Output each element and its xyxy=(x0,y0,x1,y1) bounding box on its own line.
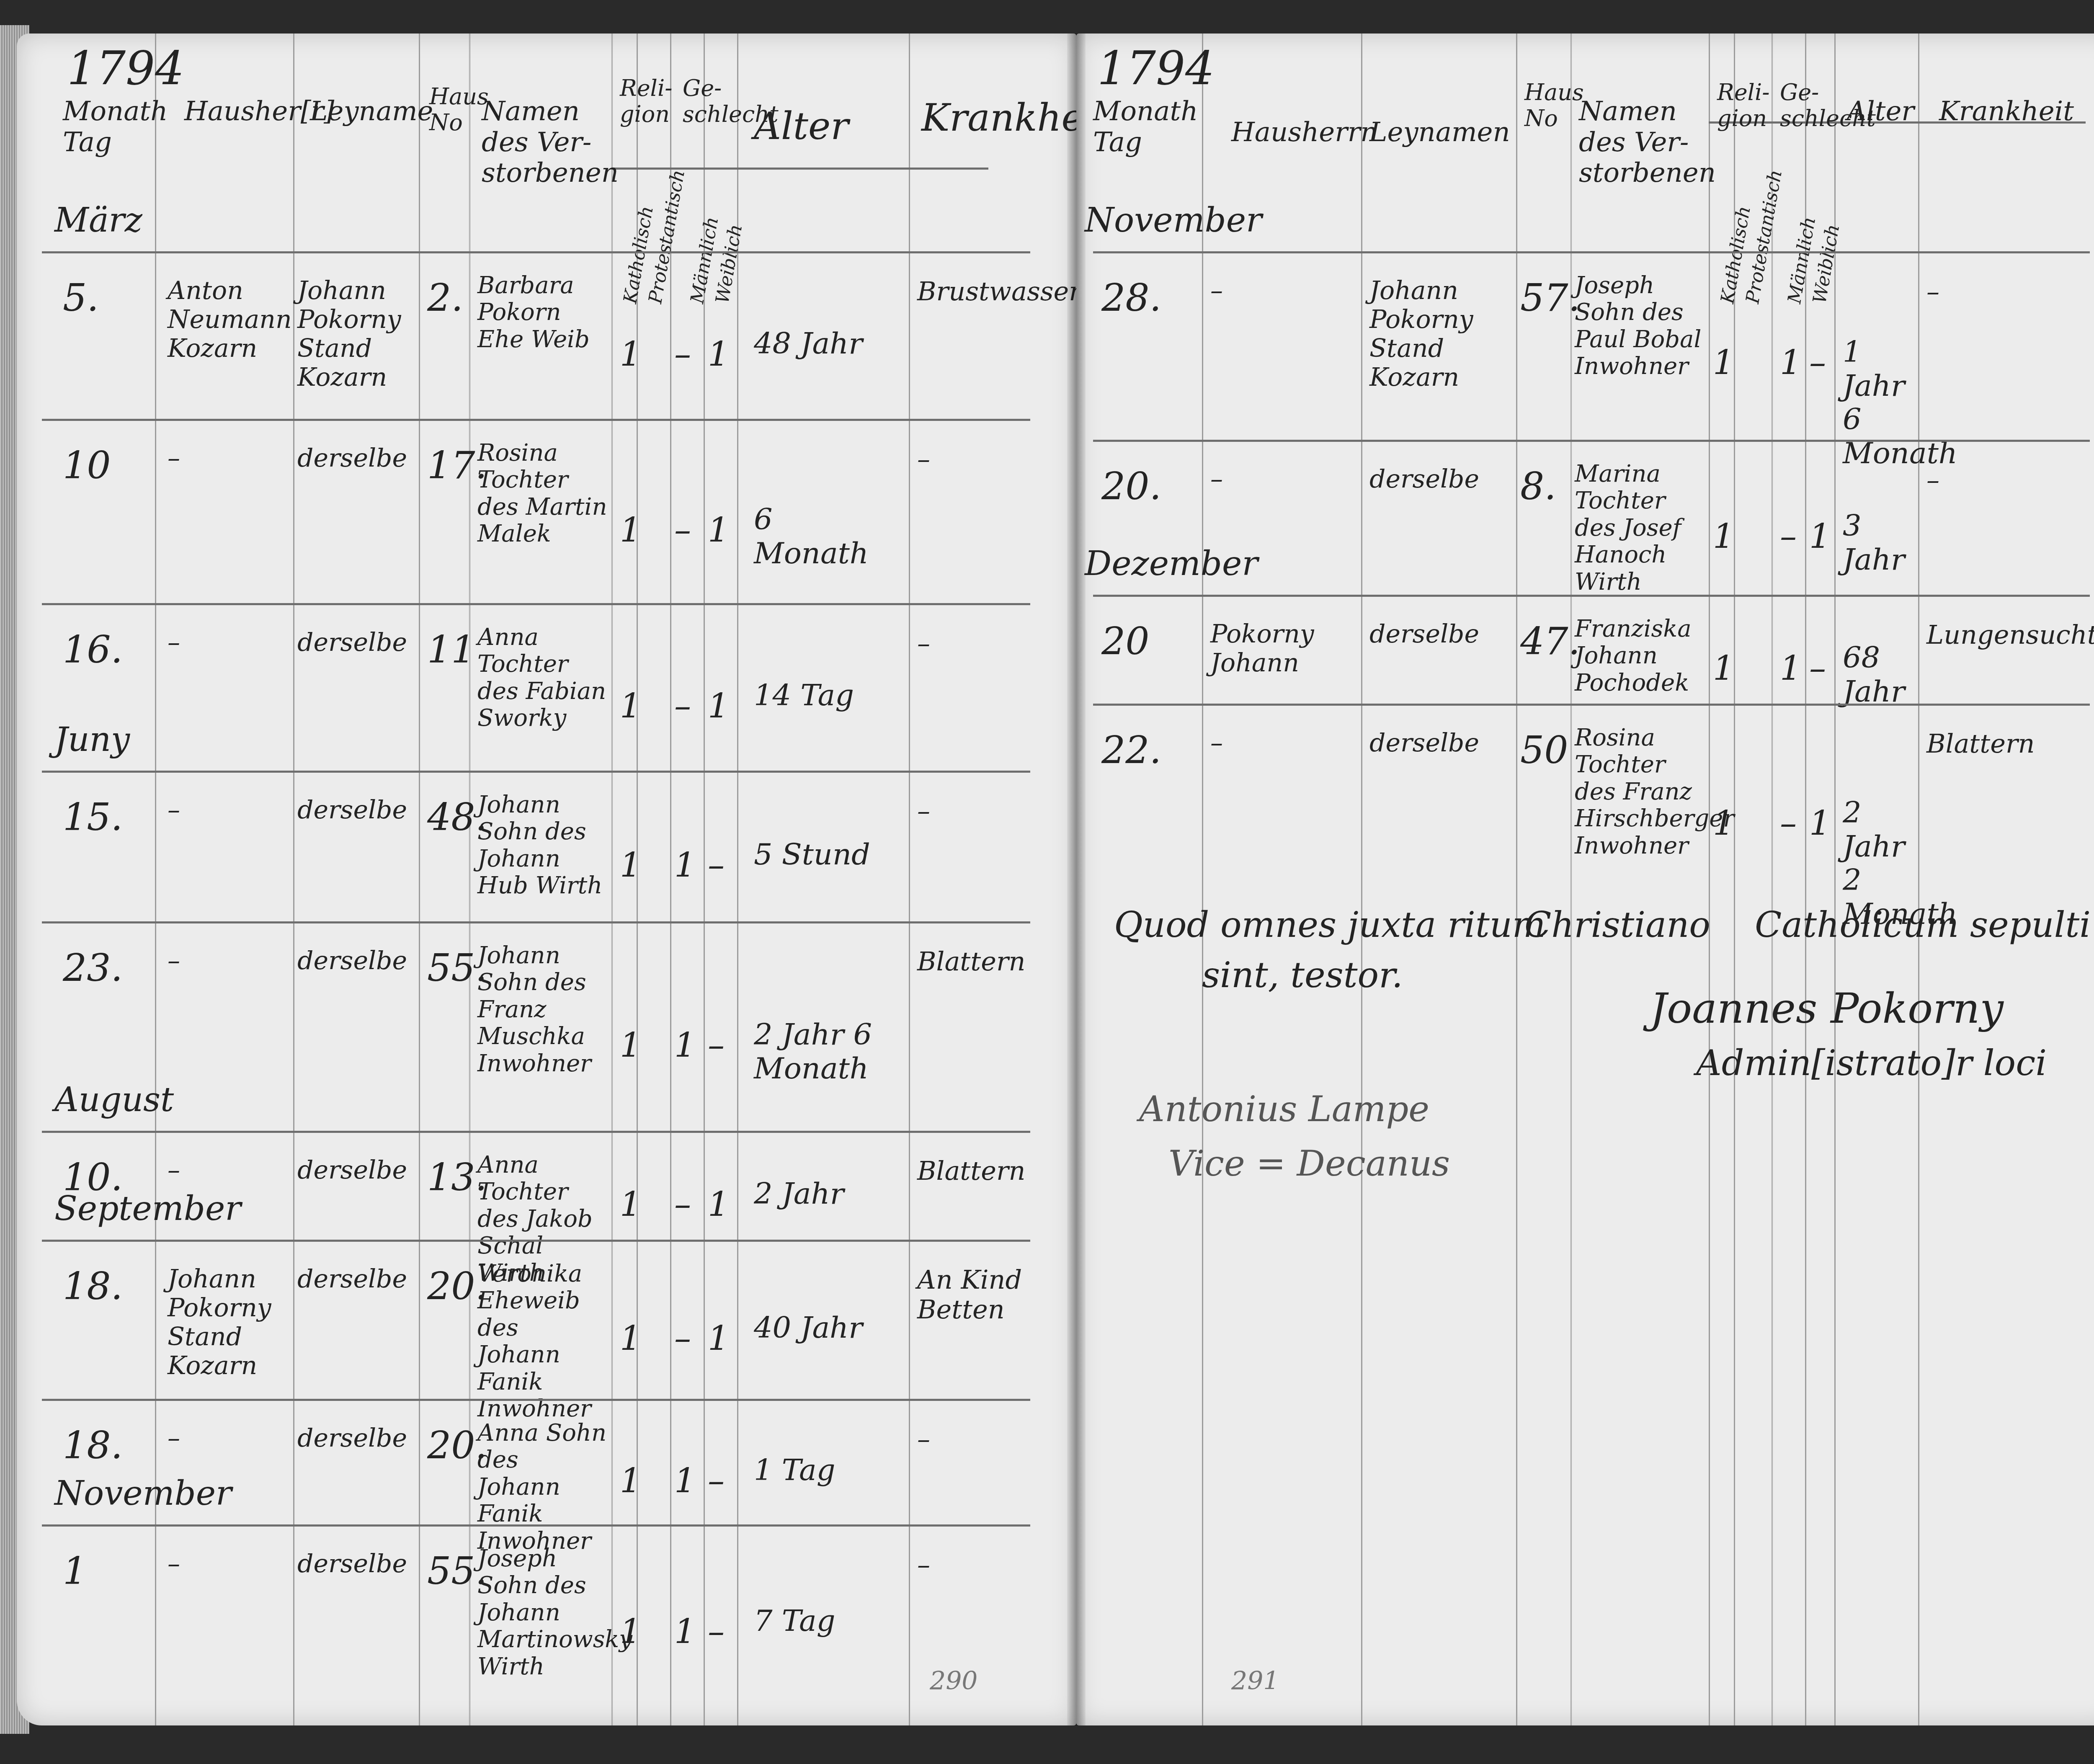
signature-lampe: Antonius Lampe xyxy=(1139,1089,1429,1130)
col-header-house-no: Haus No xyxy=(429,84,471,136)
entry-male-mark: – xyxy=(674,335,691,374)
entry-month: August xyxy=(54,1081,174,1119)
entry-surname: derselbe xyxy=(297,1550,419,1578)
column-rule xyxy=(1834,34,1836,1725)
entry-age: 14 Tag xyxy=(754,678,896,712)
entry-deceased-name: Johann Sohn des Franz Muschka Inwohner xyxy=(477,942,607,1077)
col-header-surname: Leyname xyxy=(310,96,419,127)
column-rule xyxy=(1361,34,1362,1725)
entry-surname: derselbe xyxy=(297,1424,419,1453)
signature-pokorny-title: Admin[istrato]r loci xyxy=(1696,1043,2047,1083)
entry-religion-mark: 1 xyxy=(620,335,641,374)
entry-house-number: 50 xyxy=(1520,729,1568,772)
entry-illness: Lungensucht xyxy=(1926,620,2035,650)
column-rule xyxy=(1709,34,1710,1725)
entry-house-owner: – xyxy=(1210,465,1328,494)
entry-house-number: 47. xyxy=(1520,620,1580,663)
entry-male-mark: 1 xyxy=(1780,649,1801,688)
entry-religion-mark: 1 xyxy=(620,1612,641,1651)
row-separator xyxy=(42,1240,1030,1242)
column-rule xyxy=(293,34,294,1725)
entry-house-owner: – xyxy=(1210,729,1328,758)
entry-religion-mark: 1 xyxy=(620,1185,641,1224)
column-rule xyxy=(1516,34,1517,1725)
entry-surname: derselbe xyxy=(297,1265,419,1294)
entry-house-number: 2. xyxy=(427,276,463,320)
entry-house-owner: Anton Neumann Kozarn xyxy=(168,276,285,363)
column-rule xyxy=(1772,34,1774,1725)
entry-male-mark: – xyxy=(674,1185,691,1224)
row-separator xyxy=(42,1131,1030,1133)
row-separator xyxy=(1093,251,2090,253)
row-separator xyxy=(42,921,1030,923)
signature-lampe-title: Vice = Decanus xyxy=(1168,1143,1450,1184)
attestation-line-1b: Christiano xyxy=(1524,905,1710,945)
entry-illness: – xyxy=(917,1424,1026,1454)
entry-illness: – xyxy=(917,796,1026,825)
entry-male-mark: 1 xyxy=(674,1612,696,1651)
col-header-house-owner: Hausher[r] xyxy=(184,96,285,127)
entry-religion-mark: 1 xyxy=(620,1026,641,1065)
entry-age: 2 Jahr 6 Monath xyxy=(754,1018,896,1085)
entry-male-mark: 1 xyxy=(674,846,696,885)
entry-male-mark: – xyxy=(1780,804,1797,843)
entry-house-owner: – xyxy=(168,946,285,975)
column-rule xyxy=(670,34,671,1725)
entry-religion-mark: 1 xyxy=(620,846,641,885)
entry-religion-mark: 1 xyxy=(620,1462,641,1500)
attestation-line-1c: Catholicum sepulti xyxy=(1755,905,2091,945)
entry-illness: An Kind Betten xyxy=(917,1265,1026,1325)
col-header-house-owner: Hausherrn xyxy=(1231,117,1357,148)
col-header-surname: Leynamen xyxy=(1369,117,1512,148)
entry-surname: derselbe xyxy=(297,628,419,657)
entry-female-mark: – xyxy=(1809,343,1826,382)
col-header-month-day: Monath Tag xyxy=(63,96,159,158)
entry-month: März xyxy=(54,201,142,240)
entry-deceased-name: Rosina Tochter des Martin Malek xyxy=(477,440,607,548)
entry-house-owner: – xyxy=(168,1550,285,1578)
entry-age: 5 Stund xyxy=(754,838,896,872)
entry-religion-mark: 1 xyxy=(1713,517,1734,556)
column-rule xyxy=(737,34,738,1725)
row-separator xyxy=(42,419,1030,421)
entry-male-mark: – xyxy=(674,687,691,725)
entry-illness: Blattern xyxy=(917,1156,1026,1186)
entry-illness: – xyxy=(917,444,1026,474)
entry-female-mark: 1 xyxy=(708,1319,729,1358)
entry-religion-mark: 1 xyxy=(1713,649,1734,688)
entry-female-mark: – xyxy=(708,1462,725,1500)
column-rule xyxy=(419,34,420,1725)
row-separator xyxy=(1093,595,2090,597)
col-header-religion: Reli-gion xyxy=(620,75,670,127)
entry-day: 15. xyxy=(63,796,123,839)
entry-female-mark: – xyxy=(708,1612,725,1651)
entry-illness: – xyxy=(1926,276,2035,306)
entry-surname: derselbe xyxy=(297,796,419,825)
entry-female-mark: – xyxy=(708,1026,725,1065)
entry-deceased-name: Anna Sohn des Johann Fanik Inwohner xyxy=(477,1420,607,1555)
entry-house-owner: Johann Pokorny Stand Kozarn xyxy=(168,1265,285,1380)
entry-female-mark: 1 xyxy=(708,687,729,725)
row-separator xyxy=(42,251,1030,253)
entry-surname: Johann Pokorny Stand Kozarn xyxy=(1369,276,1491,392)
entry-male-mark: – xyxy=(674,511,691,549)
book-gutter xyxy=(1067,34,1086,1725)
entry-illness: Blattern xyxy=(917,946,1026,976)
entry-female-mark: 1 xyxy=(1809,804,1831,843)
col-header-age: Alter xyxy=(754,105,848,148)
column-rule xyxy=(1202,34,1203,1725)
entry-house-owner: – xyxy=(168,1424,285,1453)
entry-month: November xyxy=(54,1474,232,1513)
left-page: 1794 Monath Tag Hausher[r] Leyname Haus … xyxy=(17,34,1076,1725)
entry-deceased-name: Marina Tochter des Josef Hanoch Wirth xyxy=(1575,461,1705,596)
entry-female-mark: – xyxy=(1809,649,1826,688)
entry-religion-mark: 1 xyxy=(620,687,641,725)
signature-pokorny: Joannes Pokorny xyxy=(1650,984,2004,1032)
entry-age: 7 Tag xyxy=(754,1604,896,1638)
entry-day: 1 xyxy=(63,1550,87,1593)
page-number-right: 291 xyxy=(1231,1667,1279,1696)
entry-deceased-name: Joseph Sohn des Paul Bobal Inwohner xyxy=(1575,272,1705,380)
entry-religion-mark: 1 xyxy=(1713,804,1734,843)
entry-illness: – xyxy=(917,628,1026,658)
entry-age: 1 Jahr 6 Monath xyxy=(1843,335,1918,470)
row-separator xyxy=(42,771,1030,773)
col-header-illness: Krankheit xyxy=(1939,96,2048,127)
col-header-age: Alter xyxy=(1847,96,1906,127)
entry-house-owner: – xyxy=(168,796,285,825)
col-header-religion: Reli-gion xyxy=(1717,80,1767,132)
col-header-month-day: Monath Tag xyxy=(1093,96,1194,158)
page-number-left: 290 xyxy=(930,1667,978,1696)
col-header-sex: Ge-schlecht xyxy=(683,75,737,127)
entry-surname: derselbe xyxy=(1369,729,1491,758)
column-rule xyxy=(469,34,472,1725)
entry-deceased-name: Rosina Tochter des Franz Hirschberger In… xyxy=(1575,725,1705,859)
entry-surname: derselbe xyxy=(1369,465,1491,494)
entry-age: 2 Jahr xyxy=(754,1177,896,1211)
entry-house-owner: – xyxy=(168,444,285,473)
entry-illness: – xyxy=(1926,465,2035,495)
entry-surname: Johann Pokorny Stand Kozarn xyxy=(297,276,419,392)
entry-deceased-name: Joseph Sohn des Johann Martinowsky Wirth xyxy=(477,1545,607,1680)
col-header-deceased-name: Namen des Ver-storbenen xyxy=(482,96,616,189)
entry-house-number: 8. xyxy=(1520,465,1556,508)
entry-day: 23. xyxy=(63,946,123,990)
attestation-line-1a: Quod omnes juxta ritum xyxy=(1114,905,1545,945)
entry-month: November xyxy=(1085,201,1262,240)
entry-month: Dezember xyxy=(1085,544,1258,583)
entry-month: September xyxy=(54,1189,241,1228)
entry-day: 20 xyxy=(1101,620,1150,663)
entry-age: 40 Jahr xyxy=(754,1311,896,1345)
entry-deceased-name: Anna Tochter des Fabian Sworky xyxy=(477,624,607,732)
entry-age: 6 Monath xyxy=(754,503,896,570)
entry-house-owner: Pokorny Johann xyxy=(1210,620,1328,678)
entry-illness: Brustwassersucht xyxy=(917,276,1026,306)
entry-female-mark: 1 xyxy=(708,335,729,374)
entry-day: 10 xyxy=(63,444,111,487)
entry-month: Juny xyxy=(54,720,130,759)
col-header-deceased-name: Namen des Ver-storbenen xyxy=(1579,96,1713,189)
row-separator xyxy=(42,1524,1030,1527)
entry-female-mark: 1 xyxy=(708,1185,729,1224)
entry-deceased-name: Franziska Johann Pochodek xyxy=(1575,616,1705,696)
entry-female-mark: – xyxy=(708,846,725,885)
year-heading: 1794 xyxy=(67,42,184,95)
row-separator xyxy=(1093,704,2090,706)
column-rule xyxy=(155,34,156,1725)
entry-day: 18. xyxy=(63,1424,123,1467)
entry-deceased-name: Veronika Eheweib des Johann Fanik Inwohn… xyxy=(477,1261,607,1422)
right-page: 1794 Monath Tag Hausherrn Leynamen Haus … xyxy=(1076,34,2094,1725)
row-separator xyxy=(1093,440,2090,442)
entry-surname: derselbe xyxy=(297,946,419,975)
entry-female-mark: 1 xyxy=(1809,517,1831,556)
entry-male-mark: – xyxy=(674,1319,691,1358)
entry-house-number: 57. xyxy=(1520,276,1580,320)
entry-male-mark: – xyxy=(1780,517,1797,556)
entry-surname: derselbe xyxy=(297,1156,419,1185)
column-rule xyxy=(1918,34,1919,1725)
entry-day: 18. xyxy=(63,1265,123,1308)
col-header-house-no: Haus No xyxy=(1524,80,1566,132)
column-rule xyxy=(909,34,910,1725)
attestation-line-2: sint, testor. xyxy=(1202,955,1403,995)
row-separator xyxy=(42,1399,1030,1401)
entry-religion-mark: 1 xyxy=(620,511,641,549)
entry-day: 16. xyxy=(63,628,123,672)
entry-day: 20. xyxy=(1101,465,1161,508)
entry-female-mark: 1 xyxy=(708,511,729,549)
entry-surname: derselbe xyxy=(297,444,419,473)
entry-age: 1 Tag xyxy=(754,1453,896,1487)
entry-illness: – xyxy=(917,1550,1026,1579)
entry-house-owner: – xyxy=(168,1156,285,1185)
column-rule xyxy=(611,34,614,1725)
entry-religion-mark: 1 xyxy=(620,1319,641,1358)
entry-day: 22. xyxy=(1101,729,1161,772)
year-heading: 1794 xyxy=(1097,42,1215,95)
entry-house-number: 11 xyxy=(427,628,475,672)
scanned-register-spread: 1794 Monath Tag Hausher[r] Leyname Haus … xyxy=(0,0,2094,1764)
entry-male-mark: 1 xyxy=(674,1462,696,1500)
entry-age: 68 Jahr xyxy=(1843,641,1918,708)
entry-religion-mark: 1 xyxy=(1713,343,1734,382)
entry-deceased-name: Barbara Pokorn Ehe Weib xyxy=(477,272,607,353)
entry-male-mark: 1 xyxy=(674,1026,696,1065)
col-header-sex: Ge-schlecht xyxy=(1780,80,1830,132)
entry-age: 3 Jahr xyxy=(1843,509,1918,576)
entry-deceased-name: Johann Sohn des Johann Hub Wirth xyxy=(477,792,607,900)
entry-surname: derselbe xyxy=(1369,620,1491,649)
entry-day: 5. xyxy=(63,276,99,320)
entry-day: 28. xyxy=(1101,276,1161,320)
entry-house-owner: – xyxy=(1210,276,1328,305)
entry-age: 48 Jahr xyxy=(754,327,896,361)
entry-house-owner: – xyxy=(168,628,285,657)
row-separator xyxy=(42,603,1030,605)
entry-illness: Blattern xyxy=(1926,729,2035,758)
entry-male-mark: 1 xyxy=(1780,343,1801,382)
